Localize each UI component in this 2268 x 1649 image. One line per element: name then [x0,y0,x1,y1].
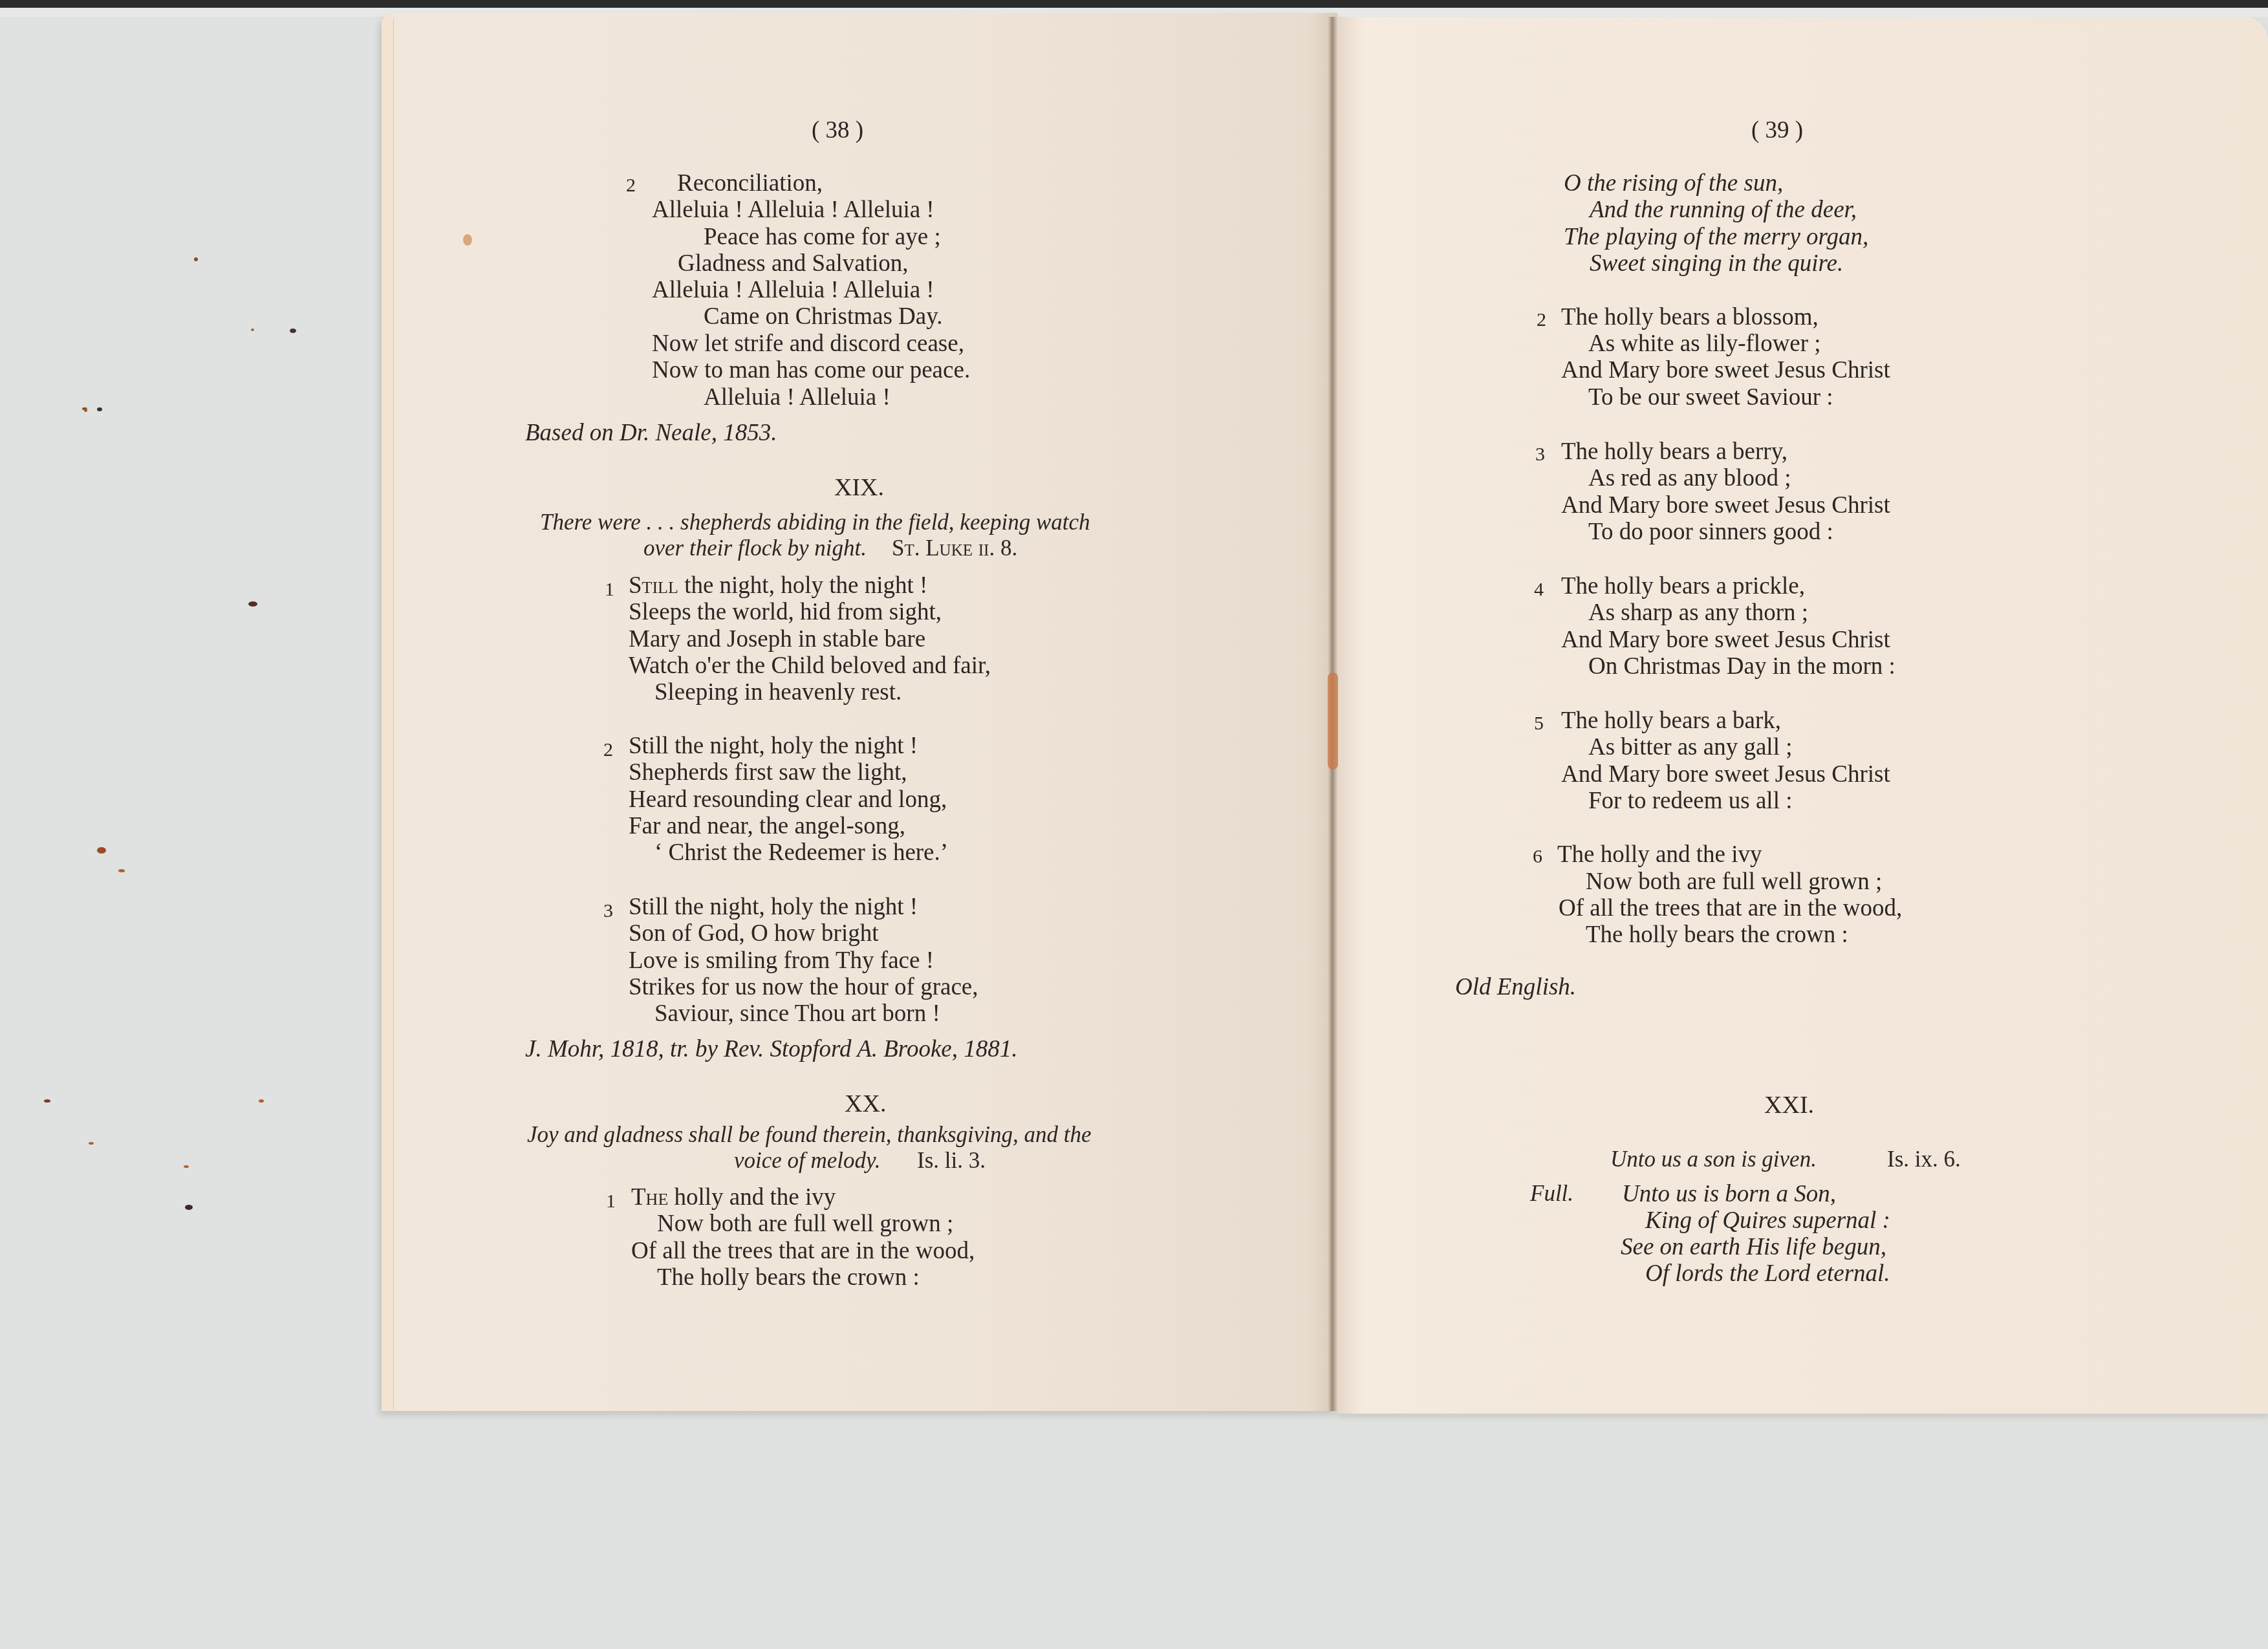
hymn-numeral: XIX. [834,475,884,500]
verse-line: And Mary bore sweet Jesus Christ [1561,358,1890,382]
verse-line: Still the night, holy the night ! [629,574,927,598]
verse-line: And Mary bore sweet Jesus Christ [1561,628,1890,652]
verse-line: Saviour, since Thou art born ! [654,1002,940,1026]
verse-line: Now to man has come our peace. [652,358,970,382]
verse-line: And Mary bore sweet Jesus Christ [1561,493,1890,517]
verse-line: To be our sweet Saviour : [1588,385,1833,409]
verse-number: 2 [1537,310,1546,330]
verse-line: As sharp as any thorn ; [1588,601,1808,625]
verse-line: Still the night, holy the night ! [629,895,918,919]
speck [251,329,254,331]
attribution: J. Mohr, 1818, tr. by Rev. Stopford A. B… [525,1037,1017,1061]
verse-line: On Christmas Day in the morn : [1588,654,1895,678]
verse-line: See on earth His life begun, [1621,1235,1886,1259]
verse-line: Still the night, holy the night ! [629,734,918,758]
verse-line: Peace has come for aye ; [704,225,941,249]
verse-number: 4 [1534,580,1544,599]
verse-line: Unto us is born a Son, [1622,1182,1836,1206]
speck [118,869,125,872]
drop-word: The [631,1184,668,1211]
verse-number: 2 [603,740,613,760]
hymn-numeral: XX. [845,1092,886,1116]
epigraph: There were . . . shepherds abiding in th… [540,511,1090,533]
verse-number: 5 [1534,714,1544,733]
epigraph: voice of melody. [734,1149,880,1172]
refrain-line: O the rising of the sun, [1564,171,1783,195]
verse-line: King of Quires supernal : [1645,1209,1890,1233]
verse-line: As white as lily-flower ; [1588,332,1821,356]
refrain-line: The playing of the merry organ, [1564,225,1868,249]
left-page-edge [382,19,394,1410]
speck [259,1099,264,1103]
speck [185,1205,193,1210]
hymn-numeral: XXI. [1764,1093,1814,1117]
verse-line: As red as any blood ; [1588,466,1791,490]
scripture-reference: Is. li. 3. [917,1149,986,1172]
verse-line-rest: the night, holy the night ! [678,572,927,599]
verse-line: And Mary bore sweet Jesus Christ [1561,762,1890,786]
verse-line: Son of God, O how bright [629,921,878,945]
verse-line: Came on Christmas Day. [704,305,943,329]
refrain-line: Sweet singing in the quire. [1590,252,1843,275]
verse-line: Far and near, the angel-song, [629,814,905,838]
speck [248,601,257,607]
gutter-stain [1328,673,1338,770]
speck [97,407,102,411]
scripture-reference: Is. ix. 6. [1887,1148,1961,1170]
verse-number: 3 [1535,445,1545,464]
speck [290,329,296,333]
verse-number: 1 [606,1192,616,1211]
verse-number: 2 [626,176,636,195]
verse-line-rest: holly and the ivy [668,1184,836,1211]
verse-line: To do poor sinners good : [1588,520,1833,544]
page-number-39: ( 39 ) [1751,118,1803,142]
verse-line: The holly bears a blossom, [1561,305,1819,329]
verse-line: Alleluia ! Alleluia ! [704,385,891,409]
foxing-spot [463,234,472,246]
refrain-line: And the running of the deer, [1590,198,1857,222]
speck [89,1142,94,1145]
verse-line: Sleeps the world, hid from sight, [629,600,942,624]
attribution: Based on Dr. Neale, 1853. [525,421,777,445]
verse-line: Of all the trees that are in the wood, [1559,896,1902,920]
verse-line: Of lords the Lord eternal. [1645,1262,1890,1286]
verse-line: Reconciliation, [677,171,823,195]
verse-line: Watch o'er the Child beloved and fair, [629,654,991,678]
verse-line: The holly bears the crown : [657,1266,920,1289]
page-number-38: ( 38 ) [812,118,863,142]
epigraph: over their flock by night. [643,537,867,559]
verse-line: Now both are full well grown ; [1586,870,1882,894]
verse-line: Now both are full well grown ; [657,1212,953,1236]
speck [82,407,86,410]
verse-line: Gladness and Salvation, [678,252,909,275]
epigraph: Joy and gladness shall be found therein,… [527,1123,1092,1146]
epigraph: Unto us a son is given. [1610,1148,1817,1170]
verse-line: Love is smiling from Thy face ! [629,949,934,973]
verse-line: The holly and the ivy [1557,843,1762,867]
verse-line: Of all the trees that are in the wood, [631,1239,975,1263]
verse-line: Now let strife and discord cease, [652,332,964,356]
verse-line: For to redeem us all : [1588,789,1792,813]
scanner-top-edge [0,0,2268,8]
verse-line: ‘ Christ the Redeemer is here.’ [654,841,948,865]
choir-direction: Full. [1530,1182,1573,1205]
verse-number: 3 [603,901,613,921]
verse-line: Strikes for us now the hour of grace, [629,975,978,999]
verse-line: The holly bears a bark, [1561,709,1781,733]
speck [194,257,198,261]
verse-line: Alleluia ! Alleluia ! Alleluia ! [652,198,934,222]
verse-line: Mary and Joseph in stable bare [629,627,925,651]
scripture-reference: St. Luke ii. 8. [892,537,1017,559]
verse-line: Sleeping in heavenly rest. [654,680,902,704]
verse-line: Heard resounding clear and long, [629,788,947,812]
verse-number: 1 [605,580,614,599]
drop-word: Still [629,572,678,599]
speck [184,1165,189,1168]
speck [44,1099,50,1103]
verse-line: The holly bears a berry, [1561,440,1787,464]
verse-line: The holly and the ivy [631,1185,836,1209]
speck [97,847,106,854]
verse-line: Shepherds first saw the light, [629,760,907,784]
verse-line: The holly bears a prickle, [1561,574,1805,598]
verse-number: 6 [1533,847,1542,867]
verse-line: Alleluia ! Alleluia ! Alleluia ! [652,278,934,302]
verse-line: As bitter as any gall ; [1588,735,1792,759]
attribution: Old English. [1455,975,1576,999]
verse-line: The holly bears the crown : [1586,923,1848,947]
